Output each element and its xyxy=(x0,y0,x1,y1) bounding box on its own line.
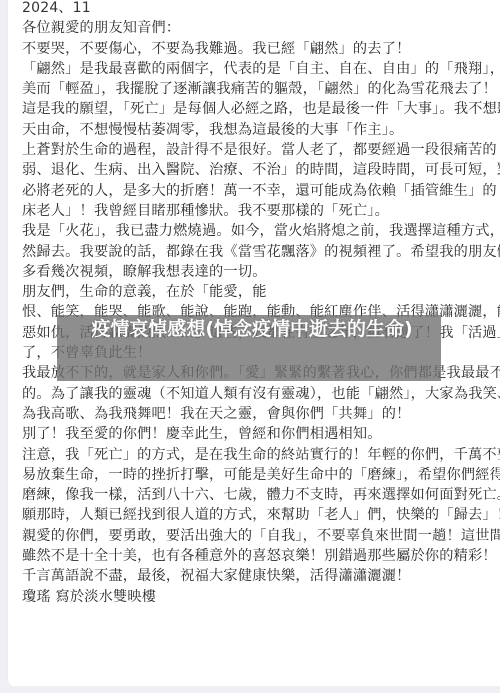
title-overlay-banner: 疫情哀悼感想(悼念疫情中逝去的生命) xyxy=(57,315,441,381)
letter-date: 2024、11 xyxy=(22,0,500,18)
letter-line: 多看幾次視頻，瞭解我想表達的一切。 xyxy=(22,262,500,282)
letter-body: 2024、11 各位親愛的朋友知音們： 不要哭，不要傷心，不要為我難過。我已經「… xyxy=(22,0,500,607)
letter-line: 易放棄生命，一時的挫折打擊，可能是美好生命中的「磨練」，希望你們經得起 xyxy=(22,465,500,485)
letter-line: 美而「輕盈」，我擺脫了逐漸讓我痛苦的軀殼，「翩然」的化為雪花飛去了！ xyxy=(22,79,500,99)
letter-line: 願那時，人類已經找到很人道的方式，來幫助「老人」們，快樂的「歸去」！ xyxy=(22,505,500,525)
letter-line: 注意，我「死亡」的方式，是在我生命的終站實行的！年輕的你們，千萬不要輕 xyxy=(22,445,500,465)
letter-greeting: 各位親愛的朋友知音們： xyxy=(22,18,500,38)
letter-line: 為我高歌、為我飛舞吧！我在天之靈，會與你們「共舞」的！ xyxy=(22,404,500,424)
letter-line: 必將老死的人，是多大的折磨！萬一不幸，還可能成為依賴「插管維生」的「臥 xyxy=(22,181,500,201)
letter-signature: 瓊瑤 寫於淡水雙映樓 xyxy=(22,587,500,607)
letter-line: 雖然不是十全十美，也有各種意外的喜怒哀樂！別錯過那些屬於你的精彩！ xyxy=(22,546,500,566)
letter-line: 「翩然」是我最喜歡的兩個字，代表的是「自主、自在、自由」的「飛翔」，優 xyxy=(22,59,500,79)
letter-line: 磨練，像我一樣，活到八十六、七歲，體力不支時，再來選擇如何面對死亡。但 xyxy=(22,485,500,505)
letter-line: 弱、退化、生病、出入醫院、治療、不治」的時間，這段時間，可長可短，對於 xyxy=(22,160,500,180)
screenshot-page: 2024、11 各位親愛的朋友知音們： 不要哭，不要傷心，不要為我難過。我已經「… xyxy=(0,0,500,693)
letter-line: 我是「火花」，我已盡力燃燒過。如今，當火焰將熄之前，我選擇這種方式，翩 xyxy=(22,221,500,241)
letter-line: 這是我的願望，「死亡」是每個人必經之路，也是最後一件「大事」。我不想聽 xyxy=(22,99,500,119)
letter-line: 別了！我至愛的你們！慶幸此生，曾經和你們相遇相知。 xyxy=(22,424,500,444)
letter-closing: 千言萬語說不盡，最後，祝福大家健康快樂，活得瀟瀟灑灑！ xyxy=(22,566,500,586)
letter-line: 上蒼對於生命的過程，設計得不是很好。當人老了，都要經過一段很痛苦的「衰 xyxy=(22,140,500,160)
letter-line: 親愛的你們，要勇敢，要活出強大的「自我」，不要辜負來世間一趟！這世間， xyxy=(22,526,500,546)
letter-line: 的。為了讓我的靈魂（不知道人類有沒有靈魂），也能「翩然」，大家為我笑、 xyxy=(22,384,500,404)
overlay-title: 疫情哀悼感想(悼念疫情中逝去的生命) xyxy=(67,317,437,341)
bottom-margin xyxy=(0,686,500,693)
letter-line: 不要哭，不要傷心，不要為我難過。我已經「翩然」的去了！ xyxy=(22,39,500,59)
letter-line: 床老人」！我曾經目睹那種慘狀。我不要那樣的「死亡」。 xyxy=(22,201,500,221)
letter-line: 朋友們，生命的意義，在於「能愛，能 xyxy=(22,282,500,302)
letter-line: 天由命，不想慢慢枯萎凋零，我想為這最後的大事「作主」。 xyxy=(22,120,500,140)
letter-line: 然歸去。我要說的話，都錄在我《當雪花飄落》的視頻裡了。希望我的朋友們， xyxy=(22,242,500,262)
